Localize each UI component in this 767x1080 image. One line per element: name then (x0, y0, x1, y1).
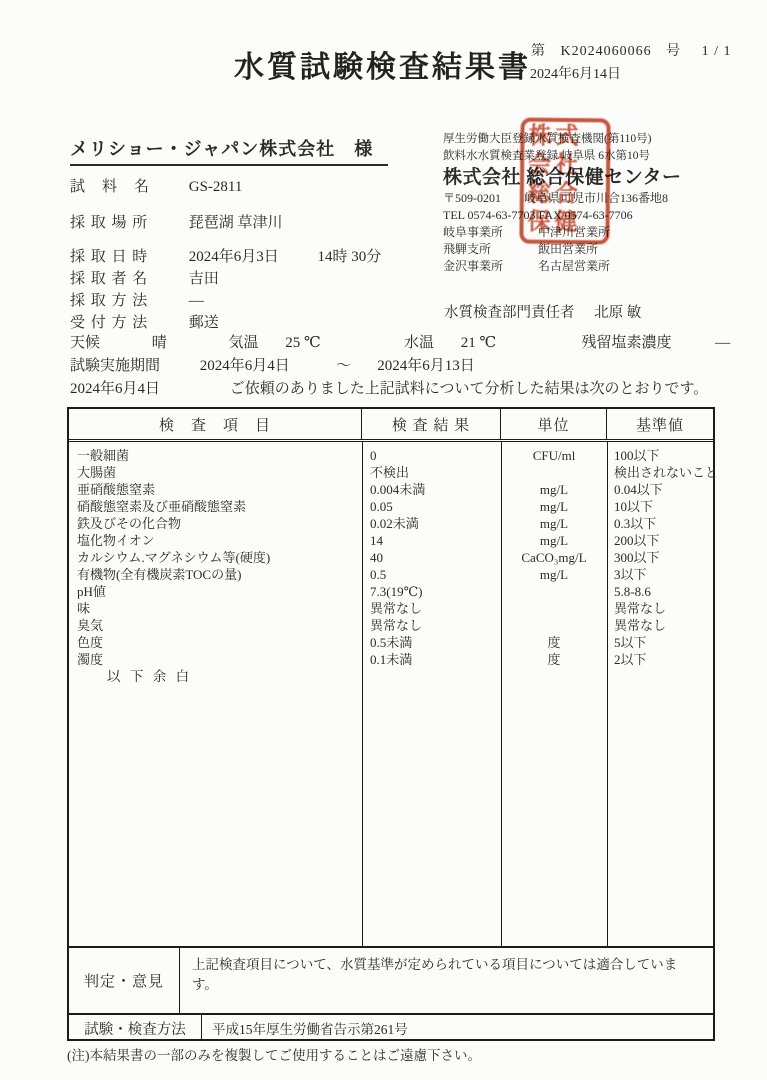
cell-standard: 検出されないこと (607, 464, 718, 481)
doc-no-value: K2024060066 (561, 44, 652, 59)
header-item: 検 査 項 目 (69, 409, 362, 439)
test-period-to: 2024年6月13日 (377, 354, 475, 375)
judgment-label: 判定・意見 (69, 948, 180, 1013)
header-unit: 単位 (501, 409, 607, 439)
cell-result: 0.02未満 (362, 515, 501, 532)
judgment-section: 判定・意見 上記検査項目について、水質基準が定められている項目については適合して… (69, 946, 713, 1013)
cell-standard: 2以下 (607, 651, 713, 668)
cell-result: 不検出 (362, 464, 501, 481)
header-result: 検 査 結 果 (362, 409, 501, 439)
results-rows: 一般細菌 0 CFU/ml 100以下 大腸菌 不検出 検出されないこと 亜硝酸… (69, 447, 713, 668)
footnote: (注)本結果書の一部のみを複製してご使用することはご遠慮下さい。 (67, 1044, 481, 1064)
cell-unit: mg/L (501, 481, 607, 498)
page-title: 水質試験検査結果書 (234, 42, 531, 86)
responsible-label: 水質検査部門責任者 (444, 305, 575, 321)
table-row: 塩化物イオン 14 mg/L 200以下 (69, 532, 713, 549)
cell-item: 鉄及びその化合物 (69, 515, 362, 532)
doc-no-suffix: 号 (666, 44, 681, 59)
air-temp-value: 25 ℃ (285, 333, 400, 352)
cell-unit: mg/L (501, 566, 607, 583)
cell-item: pH値 (69, 583, 362, 600)
results-table-header: 検 査 項 目 検 査 結 果 単位 基準値 (69, 409, 713, 442)
cell-standard: 300以下 (607, 549, 713, 566)
table-row: 有機物(全有機炭素TOCの量) 0.5 mg/L 3以下 (69, 566, 713, 583)
sample-name-row: 試 料 名 GS-2811 (70, 175, 242, 196)
cell-result: 0.5 (362, 566, 501, 583)
sampling-method-value: ― (189, 293, 204, 310)
method-section: 試験・検査方法 平成15年厚生労働省告示第261号 (69, 1013, 713, 1041)
cell-unit (501, 617, 607, 634)
cell-result: 0.5未満 (362, 634, 501, 651)
sample-name-value: GS-2811 (189, 179, 243, 196)
test-period-tilde: ～ (314, 354, 374, 375)
sampling-place-row: 採 取 場 所 琵琶湖 草津川 (70, 211, 283, 232)
collector-row: 採 取 者 名 吉田 (70, 267, 219, 288)
document-page: 水質試験検査結果書 第 K2024060066 号 1 / 1 2024年6月1… (0, 0, 767, 1080)
cell-unit: mg/L (501, 532, 607, 549)
weather-value: 晴 (152, 331, 225, 352)
lab-office-right: 名古屋営業所 (538, 259, 610, 273)
blank-below-note: 以 下 余 白 (69, 668, 713, 686)
recipient-name: メリショー・ジャパン株式会社 様 (70, 135, 388, 166)
cell-unit: mg/L (501, 515, 607, 532)
cell-unit: CFU/ml (501, 447, 607, 464)
cell-item: 色度 (69, 634, 362, 651)
table-row: 臭気 異常なし 異常なし (69, 617, 713, 634)
cell-standard: 5以下 (607, 634, 713, 651)
table-row: pH値 7.3(19℃) 5.8-8.6 (69, 583, 713, 600)
judgment-text: 上記検査項目について、水質基準が定められている項目については適合しています。 (180, 948, 713, 1013)
chlorine-value: ― (715, 335, 730, 352)
water-temp-label: 水温 (404, 331, 457, 352)
cell-standard: 200以下 (607, 532, 713, 549)
cell-unit: CaCO₃mg/L (501, 549, 607, 566)
receipt-method-label: 受 付 方 法 (70, 311, 185, 332)
cell-result: 0.1未満 (362, 651, 501, 668)
cell-item: カルシウム.マグネシウム等(硬度) (69, 549, 362, 566)
method-text: 平成15年厚生労働省告示第261号 (202, 1015, 713, 1041)
table-row: 鉄及びその化合物 0.02未満 mg/L 0.3以下 (69, 515, 713, 532)
cell-standard: 10以下 (607, 498, 713, 515)
cell-standard: 100以下 (607, 447, 713, 464)
cell-unit (501, 583, 607, 600)
cell-unit: 度 (501, 651, 607, 668)
header-standard: 基準値 (607, 409, 713, 439)
cell-result: 40 (362, 549, 501, 566)
cell-standard: 異常なし (607, 617, 713, 634)
table-row: 硝酸態窒素及び亜硝酸態窒素 0.05 mg/L 10以下 (69, 498, 713, 515)
responsible-name: 北原 敏 (594, 305, 641, 321)
cell-item: 味 (69, 600, 362, 617)
table-row: 大腸菌 不検出 検出されないこと (69, 464, 713, 481)
test-period-label: 試験実施期間 (70, 354, 196, 375)
lab-office-left: 金沢事業所 (443, 258, 535, 275)
cell-standard: 0.04以下 (607, 481, 713, 498)
table-row: 味 異常なし 異常なし (69, 600, 713, 617)
cell-item: 大腸菌 (69, 464, 362, 481)
results-table: 検 査 項 目 検 査 結 果 単位 基準値 一般細菌 0 CFU/ml 100… (67, 407, 715, 1041)
cell-result: 14 (362, 532, 501, 549)
receipt-method-value: 郵送 (189, 311, 219, 332)
sampling-place-label: 採 取 場 所 (70, 211, 185, 232)
document-number: 第 K2024060066 号 1 / 1 (531, 40, 732, 60)
cell-unit: mg/L (501, 498, 607, 515)
table-row: 濁度 0.1未満 度 2以下 (69, 651, 713, 668)
column-divider (362, 442, 363, 946)
cell-unit (501, 600, 607, 617)
cell-standard: 0.3以下 (607, 515, 713, 532)
receipt-method-row: 受 付 方 法 郵送 (70, 311, 219, 332)
intro-line: 2024年6月4日 ご依頼のありました上記試料について分析した結果は次のとおりで… (70, 377, 708, 398)
method-label: 試験・検査方法 (69, 1015, 202, 1041)
collector-value: 吉田 (189, 267, 219, 288)
sampling-method-label: 採 取 方 法 (70, 289, 185, 310)
air-temp-label: 気温 (229, 331, 282, 352)
intro-text: ご依頼のありました上記試料について分析した結果は次のとおりです。 (230, 381, 709, 397)
column-divider (607, 442, 608, 946)
table-row: 色度 0.5未満 度 5以下 (69, 634, 713, 651)
weather-label: 天候 (70, 331, 148, 352)
cell-item: 亜硝酸態窒素 (69, 481, 362, 498)
responsible-person-line: 水質検査部門責任者 北原 敏 (444, 301, 641, 322)
weather-line: 天候 晴 気温 25 ℃ 水温 21 ℃ 残留塩素濃度 ― (70, 331, 730, 352)
table-row: 亜硝酸態窒素 0.004未満 mg/L 0.04以下 (69, 481, 713, 498)
lab-office-left: 飛騨支所 (443, 241, 535, 258)
seal-characters: 株式会社総合保健センター (527, 122, 603, 245)
sampling-datetime-label: 採 取 日 時 (70, 245, 185, 266)
cell-standard: 5.8-8.6 (607, 583, 713, 600)
water-temp-value: 21 ℃ (461, 333, 578, 352)
cell-result: 0.004未満 (362, 481, 501, 498)
company-seal-stamp: 株式会社総合保健センター (519, 118, 610, 245)
cell-item: 塩化物イオン (69, 532, 362, 549)
cell-result: 0 (362, 447, 501, 464)
cell-item: 有機物(全有機炭素TOCの量) (69, 566, 362, 583)
cell-item: 硝酸態窒素及び亜硝酸態窒素 (69, 498, 362, 515)
table-row: 一般細菌 0 CFU/ml 100以下 (69, 447, 713, 464)
sampling-method-row: 採 取 方 法 ― (70, 289, 204, 310)
test-period-line: 試験実施期間 2024年6月4日 ～ 2024年6月13日 (70, 354, 475, 375)
lab-office-row: 金沢事業所 名古屋営業所 (443, 258, 682, 275)
sampling-date-value: 2024年6月3日 (189, 245, 314, 266)
page-indicator: 1 / 1 (702, 44, 732, 59)
sample-name-label: 試 料 名 (70, 175, 185, 196)
table-row: カルシウム.マグネシウム等(硬度) 40 CaCO₃mg/L 300以下 (69, 549, 713, 566)
test-period-from: 2024年6月4日 (200, 354, 310, 375)
sampling-datetime-row: 採 取 日 時 2024年6月3日 14時 30分 (70, 245, 381, 266)
cell-standard: 3以下 (607, 566, 713, 583)
cell-item: 臭気 (69, 617, 362, 634)
cell-result: 0.05 (362, 498, 501, 515)
cell-unit (501, 464, 607, 481)
cell-result: 7.3(19℃) (362, 583, 501, 600)
cell-unit: 度 (501, 634, 607, 651)
doc-no-prefix: 第 (531, 44, 546, 59)
chlorine-label: 残留塩素濃度 (582, 331, 712, 352)
issue-date: 2024年6月14日 (530, 63, 621, 83)
sampling-place-value: 琵琶湖 草津川 (189, 211, 283, 232)
results-table-body: 一般細菌 0 CFU/ml 100以下 大腸菌 不検出 検出されないこと 亜硝酸… (69, 442, 713, 946)
sampling-time-value: 14時 30分 (318, 245, 382, 266)
cell-standard: 異常なし (607, 600, 713, 617)
intro-date: 2024年6月4日 (70, 377, 226, 398)
cell-result: 異常なし (362, 617, 501, 634)
column-divider (501, 442, 502, 946)
cell-result: 異常なし (362, 600, 501, 617)
collector-label: 採 取 者 名 (70, 267, 185, 288)
cell-item: 濁度 (69, 651, 362, 668)
cell-item: 一般細菌 (69, 447, 362, 464)
lab-postal-code: 〒509-0201 (443, 190, 521, 207)
